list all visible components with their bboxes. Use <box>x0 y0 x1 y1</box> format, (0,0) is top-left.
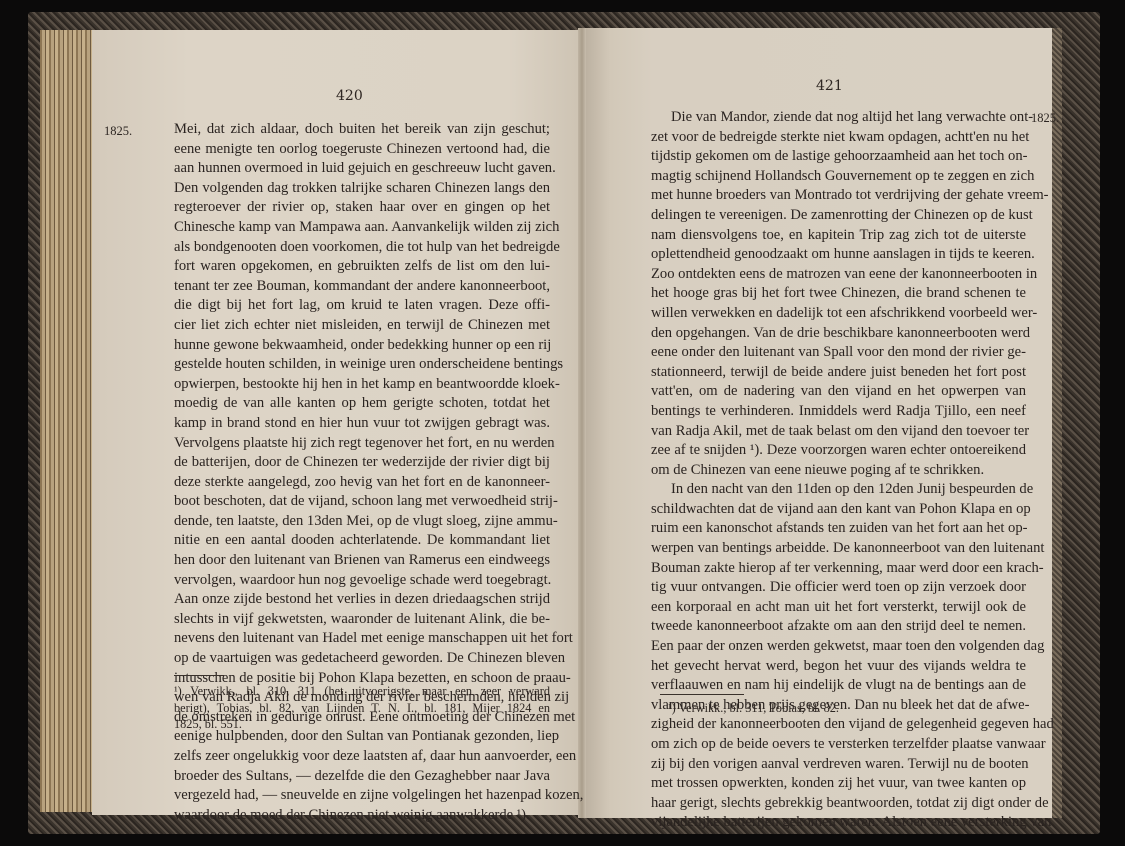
text-line: tenant ter zee Bouman, kommandant der an… <box>174 277 550 297</box>
text-line: een korporaal en acht man uit het fort v… <box>651 598 1026 618</box>
text-line: dende, ten laatste, den 13den Mei, op de… <box>174 512 550 532</box>
text-line: om zich op de beide oevers te versterken… <box>651 735 1026 755</box>
text-line: bentings te verhinderen. Inmiddels werd … <box>651 402 1026 422</box>
text-line: het hooge gras bij het fort twee Chineze… <box>651 284 1026 304</box>
text-line: eene onder den luitenant van Spall voor … <box>651 343 1026 363</box>
margin-year-right: 1825. <box>1031 111 1059 126</box>
text-line: Zoo ontdekten eens de matrozen van eene … <box>651 265 1026 285</box>
text-line: waardoor de moed der Chinezen niet weini… <box>174 806 550 826</box>
text-line: Aan onze zijde bestond het verlies in de… <box>174 590 550 610</box>
text-line: werpen van bentings arbeidde. De kanonne… <box>651 539 1026 559</box>
text-line: zet voor de bedreigde sterkte niet kwam … <box>651 128 1026 148</box>
text-line: In den nacht van den 11den op den 12den … <box>651 480 1026 500</box>
text-line: kamp in brand stond en hier hun vuur tot… <box>174 414 550 434</box>
text-line: zelfs zeer ongelukkig voor deze laatsten… <box>174 747 550 767</box>
text-line: Den volgenden dag trokken talrijke schar… <box>174 179 550 199</box>
page-number-left: 420 <box>336 88 363 104</box>
text-line: om de Chinezen van eene nieuwe poging af… <box>651 461 1026 481</box>
page-number-right: 421 <box>816 78 843 94</box>
text-line: ¹) Verwikk., bl. 310, 311 (het uitvoerig… <box>174 683 550 700</box>
text-line: delingen te vereenigen. De zamenrotting … <box>651 206 1026 226</box>
text-line: hunne gewone bekwaamheid, onder bedekkin… <box>174 336 550 356</box>
left-page-footnote: ¹) Verwikk., bl. 310, 311 (het uitvoerig… <box>174 683 550 733</box>
text-line: willen verwekken en dadelijk tot een afs… <box>651 304 1026 324</box>
text-line: cier liet zich echter niet misleiden, en… <box>174 316 550 336</box>
page-edges-left <box>40 30 92 812</box>
text-line: nitie en een aantal dooden achterlatende… <box>174 531 550 551</box>
text-line: deze sterkte aangelegd, zoo hevig van he… <box>174 473 550 493</box>
right-page-body: Die van Mandor, ziende dat nog altijd he… <box>651 108 1026 833</box>
text-line: hen door den luitenant van Brienen van R… <box>174 551 550 571</box>
margin-year-left: 1825. <box>104 124 132 139</box>
text-line: slechts in vijf gekwetsten, waaronder de… <box>174 610 550 630</box>
text-line: met hunne broeders van Montrado tot verd… <box>651 186 1026 206</box>
text-line: Die van Mandor, ziende dat nog altijd he… <box>651 108 1026 128</box>
text-line: den opgehangen. Van de drie beschikbare … <box>651 324 1026 344</box>
text-line: Een paar der onzen werden gekwetst, maar… <box>651 637 1026 657</box>
text-line: als bondgenooten doen voorkomen, die tot… <box>174 238 550 258</box>
text-line: 1825, bl. 551. <box>174 716 550 733</box>
text-line: Vervolgens plaatste hij zich regt tegeno… <box>174 434 550 454</box>
text-line: vatt'en, om de nadering van den vijand e… <box>651 382 1026 402</box>
text-line: het gevecht hervat werd, begon het vuur … <box>651 657 1026 677</box>
text-line: Bouman zakte hierop af ter verkenning, m… <box>651 559 1026 579</box>
text-line: zigheid der kanonneerbooten den vijand d… <box>651 715 1026 735</box>
text-line: boot beschoten, dat de vijand, schoon la… <box>174 492 550 512</box>
text-line: ¹) Verwikk., bl. 311, Tobias, bl. 82. <box>668 700 1028 717</box>
text-line: zij bij den vorigen aanval verdreven war… <box>651 755 1026 775</box>
text-line: tijdstip gekomen om de lastige gehoorzaa… <box>651 147 1026 167</box>
text-line: vervolgen, waardoor hun nog gevoelige sc… <box>174 571 550 591</box>
footnote-rule-left <box>174 675 224 676</box>
text-line: fort waren opgekomen, en gebruikten zelf… <box>174 257 550 277</box>
text-line: berigt), Tobias, bl. 82, van Lijnden T. … <box>174 700 550 717</box>
text-line: broeder des Sultans, — dezelfde die den … <box>174 767 550 787</box>
text-line: regteroever der rivier op, staken haar o… <box>174 198 550 218</box>
text-line: met trossen opwerkten, konden zij het vu… <box>651 774 1026 794</box>
text-line: de batterijen, door de Chinezen ter wede… <box>174 453 550 473</box>
book-gutter <box>578 28 586 818</box>
text-line: nam diensvolgens toe, en kapitein Trip z… <box>651 226 1026 246</box>
text-line: op de vaartuigen was gedetacheerd geword… <box>174 649 550 669</box>
text-line: ruim een kanonschot afstands ten zuiden … <box>651 519 1026 539</box>
text-line: gestelde houten schilden, in weinige ure… <box>174 355 550 375</box>
text-line: schildwachten dat de vijand aan den kant… <box>651 500 1026 520</box>
text-line: haar gerigt, slechts gebrekkig beantwoor… <box>651 794 1026 814</box>
text-line: moedig de van alle kanten op hem gerigte… <box>174 394 550 414</box>
right-page-footnote: ¹) Verwikk., bl. 311, Tobias, bl. 82. <box>668 700 1028 717</box>
text-line: eene menigte ten oorlog toegeruste Chine… <box>174 140 550 160</box>
text-line: die digt bij het fort lag, om kruid te l… <box>174 296 550 316</box>
text-line: Chinesche kamp van Mampawa aan. Aanvanke… <box>174 218 550 238</box>
text-line: opwierpen, bestookte hij hen in het kamp… <box>174 375 550 395</box>
text-line: van Radja Akil, met de taak belast om de… <box>651 422 1026 442</box>
text-line: nevens den luitenant van Hadel met eenig… <box>174 629 550 649</box>
text-line: magtig schijnend Hollandsch Gouvernement… <box>651 167 1026 187</box>
text-line: oplettendheid genoodzaakt om hunne aansl… <box>651 245 1026 265</box>
text-line: zee af te snijden ¹). Deze voorzorgen wa… <box>651 441 1026 461</box>
text-line: tweede kanonneerboot afzakte om aan den … <box>651 617 1026 637</box>
footnote-rule-right <box>660 694 744 695</box>
text-line: stationneerd, terwijl de beide andere ju… <box>651 363 1026 383</box>
text-line: vergezeld had, — sneuvelde en zijne volg… <box>174 786 550 806</box>
text-line: Mei, dat zich aldaar, doch buiten het be… <box>174 120 550 140</box>
text-line: tig vuur ontvangen. Die officier werd to… <box>651 578 1026 598</box>
text-line: vijandelijke batterijen gekomen waren. A… <box>651 813 1026 833</box>
text-line: aan hunnen overmoed in luid gejuich en g… <box>174 159 550 179</box>
book-cover-right-edge <box>1052 28 1062 818</box>
text-line: verflaauwen en nam hij eindelijk de vlug… <box>651 676 1026 696</box>
